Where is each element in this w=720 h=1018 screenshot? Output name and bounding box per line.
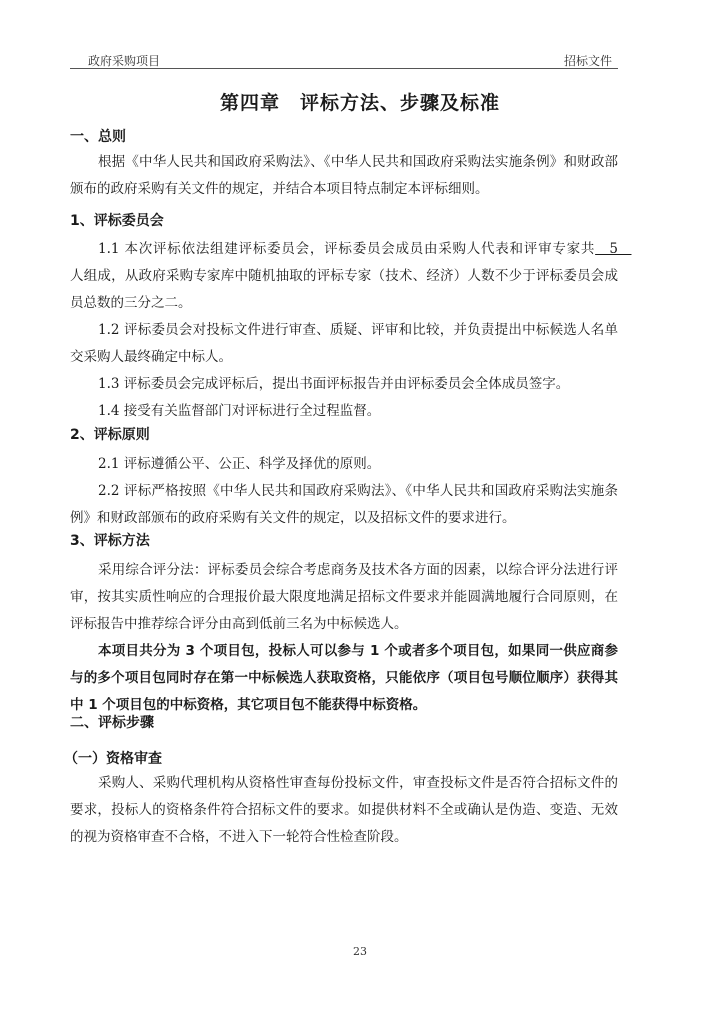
- paragraph-2-2: 2.2 评标严格按照《中华人民共和国政府采购法》、《中华人民共和国政府采购法实施…: [70, 478, 618, 532]
- paragraph-2-1: 2.1 评标遵循公平、公正、科学及择优的原则。: [70, 451, 618, 478]
- heading-qualification: （一）资格审查: [64, 748, 162, 768]
- section-heading-general: 一、总则: [70, 126, 126, 146]
- paragraph-method: 采用综合评分法：评标委员会综合考虑商务及技术各方面的因素，以综合评分法进行评审，…: [70, 557, 618, 638]
- heading-committee: 1、评标委员会: [70, 210, 164, 230]
- page-number: 23: [0, 945, 720, 958]
- text-1-1-post: 人组成，从政府采购专家库中随机抽取的评标专家（技术、经济）人数不少于评标委员会成…: [70, 268, 618, 311]
- chapter-title: 第四章 评标方法、步骤及标准: [0, 88, 720, 115]
- paragraph-1-3: 1.3 评标委员会完成评标后，提出书面评标报告并由评标委员会全体成员签字。: [70, 371, 618, 398]
- committee-count: 5: [595, 241, 631, 257]
- header-left: 政府采购项目: [88, 52, 160, 69]
- paragraph-1-2: 1.2 评标委员会对投标文件进行审查、质疑、评审和比较，并负责提出中标候选人名单…: [70, 317, 618, 371]
- section-heading-steps: 二、评标步骤: [70, 712, 154, 732]
- heading-method: 3、评标方法: [70, 530, 150, 550]
- text-1-1-pre: 1.1 本次评标依法组建评标委员会，评标委员会成员由采购人代表和评审专家共: [98, 241, 595, 257]
- paragraph-1-4: 1.4 接受有关监督部门对评标进行全过程监督。: [70, 398, 618, 425]
- header-right: 招标文件: [564, 52, 612, 69]
- paragraph-general: 根据《中华人民共和国政府采购法》、《中华人民共和国政府采购法实施条例》和财政部颁…: [70, 149, 618, 203]
- page-header: 政府采购项目 招标文件: [70, 52, 618, 69]
- paragraph-qualification: 采购人、采购代理机构从资格性审查每份投标文件，审查投标文件是否符合招标文件的要求…: [70, 770, 618, 851]
- heading-principles: 2、评标原则: [70, 424, 150, 444]
- paragraph-1-1: 1.1 本次评标依法组建评标委员会，评标委员会成员由采购人代表和评审专家共 5 …: [70, 236, 618, 317]
- paragraph-package-rule: 本项目共分为 3 个项目包，投标人可以参与 1 个或者多个项目包，如果同一供应商…: [70, 638, 618, 719]
